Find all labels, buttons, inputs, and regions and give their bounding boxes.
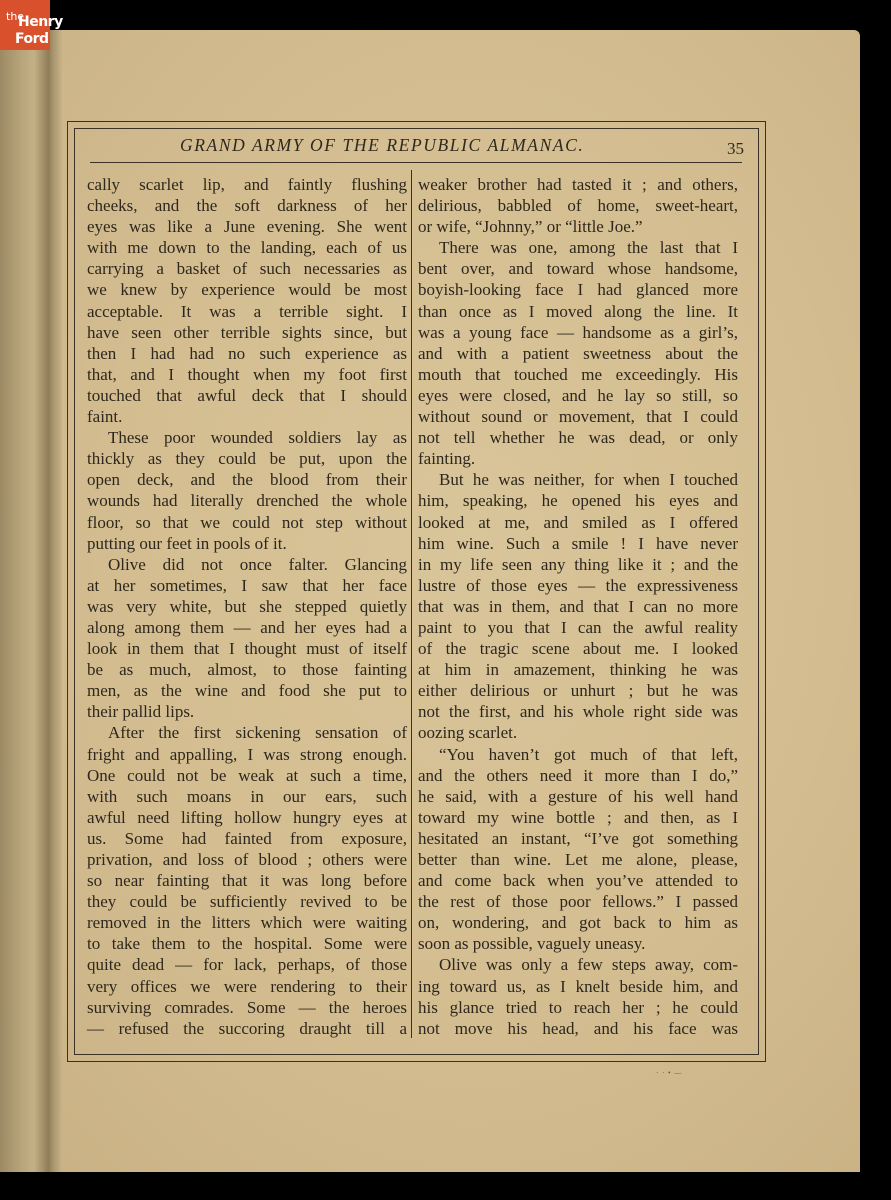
text-line: and with a patient sweetness about the — [418, 343, 738, 364]
text-line: wounds had literally drenched the whole — [87, 490, 407, 511]
text-line: — refused the succoring draught till a — [87, 1018, 407, 1039]
text-line: that, and I thought when my foot first — [87, 364, 407, 385]
text-line: not tell whether he was dead, or only — [418, 427, 738, 448]
text-line: floor, so that we could not step without — [87, 512, 407, 533]
text-line: open deck, and the blood from their — [87, 469, 407, 490]
text-line: along among them — and her eyes had a — [87, 617, 407, 638]
text-line: he said, with a gesture of his well hand — [418, 786, 738, 807]
text-line: ing toward us, as I knelt beside him, an… — [418, 976, 738, 997]
text-line: than once as I moved along the line. It — [418, 301, 738, 322]
text-line: oozing scarlet. — [418, 722, 738, 743]
text-line: eyes was like a June evening. She went — [87, 216, 407, 237]
header-rule — [90, 162, 742, 163]
text-line: thickly as they could be put, upon the — [87, 448, 407, 469]
logo-text-ford: Ford — [15, 32, 49, 46]
text-column-left: cally scarlet lip, and faintly flushingc… — [87, 174, 407, 1039]
text-line: and the others need it more than I do,” — [418, 765, 738, 786]
text-line: hesitated an instant, “I’ve got somethin… — [418, 828, 738, 849]
text-line: These poor wounded soldiers lay as — [87, 427, 407, 448]
text-line: better than wine. Let me alone, please, — [418, 849, 738, 870]
text-line: look in them that I thought must of itse… — [87, 638, 407, 659]
text-line: mouth that touched me exceedingly. His — [418, 364, 738, 385]
text-line: so near fainting that it was long before — [87, 870, 407, 891]
text-line: weaker brother had tasted it ; and other… — [418, 174, 738, 195]
text-line: “You haven’t got much of that left, — [418, 744, 738, 765]
text-line: putting our feet in pools of it. — [87, 533, 407, 554]
text-line: us. Some had fainted from exposure, — [87, 828, 407, 849]
text-line: fright and appalling, I was strong enoug… — [87, 744, 407, 765]
text-line: without sound or movement, that I could — [418, 406, 738, 427]
text-line: faint. — [87, 406, 407, 427]
text-line: But he was neither, for when I touched — [418, 469, 738, 490]
text-line: eyes were closed, and he lay so still, s… — [418, 385, 738, 406]
text-line: bent over, and toward whose handsome, — [418, 258, 738, 279]
printer-mark: · · • — — [656, 1069, 682, 1077]
text-line: with me down to the landing, each of us — [87, 237, 407, 258]
text-line: men, as the wine and food she put to — [87, 680, 407, 701]
text-line: not the first, and his whole right side … — [418, 701, 738, 722]
text-line: or wife, “Johnny,” or “little Joe.” — [418, 216, 738, 237]
text-line: very offices we were rendering to their — [87, 976, 407, 997]
text-line: soon as possible, vaguely uneasy. — [418, 933, 738, 954]
column-divider — [411, 170, 412, 1038]
text-line: him, speaking, he opened his eyes and — [418, 490, 738, 511]
text-line: cally scarlet lip, and faintly flushing — [87, 174, 407, 195]
text-line: they could be sufficiently revived to be — [87, 891, 407, 912]
text-line: quite dead — for lack, perhaps, of those — [87, 954, 407, 975]
text-line: be as much, almost, to those fainting — [87, 659, 407, 680]
text-line: at her sometimes, I saw that her face — [87, 575, 407, 596]
text-line: in my life seen any thing like it ; and … — [418, 554, 738, 575]
text-line: boyish-looking face I had glanced more — [418, 279, 738, 300]
text-line: either delirious or unhurt ; but he was — [418, 680, 738, 701]
text-line: at him in amazement, thinking he was — [418, 659, 738, 680]
text-line: toward my wine bottle ; and then, as I — [418, 807, 738, 828]
text-line: removed in the litters which were waitin… — [87, 912, 407, 933]
text-line: of the tragic scene about me. I looked — [418, 638, 738, 659]
text-line: Olive did not once falter. Glancing — [87, 554, 407, 575]
text-line: fainting. — [418, 448, 738, 469]
text-line: touched that awful deck that I should — [87, 385, 407, 406]
text-line: lustre of those eyes — the expressivenes… — [418, 575, 738, 596]
text-line: the rest of those poor fellows.” I passe… — [418, 891, 738, 912]
text-line: cheeks, and the soft darkness of her — [87, 195, 407, 216]
text-line: have seen other terrible sights since, b… — [87, 322, 407, 343]
text-line: delirious, babbled of home, sweet-heart, — [418, 195, 738, 216]
text-line: was a young face — handsome as a girl’s, — [418, 322, 738, 343]
text-line: awful need lifting hollow hungry eyes at — [87, 807, 407, 828]
running-head: GRAND ARMY OF THE REPUBLIC ALMANAC. 35 — [90, 133, 740, 159]
book-gutter — [0, 30, 62, 1172]
running-title: GRAND ARMY OF THE REPUBLIC ALMANAC. — [180, 135, 584, 156]
logo-text-henry: Henry — [18, 15, 63, 29]
text-line: Olive was only a few steps away, com- — [418, 954, 738, 975]
page-number: 35 — [727, 139, 744, 159]
henry-ford-logo: the Henry Ford — [0, 0, 50, 50]
text-line: carrying a basket of such necessaries as — [87, 258, 407, 279]
text-line: and come back when you’ve attended to — [418, 870, 738, 891]
text-line: was very white, but she stepped quietly — [87, 596, 407, 617]
text-line: looked at me, and smiled as I offered — [418, 512, 738, 533]
text-line: we knew by experience would be most — [87, 279, 407, 300]
text-line: then I had had no such experience as — [87, 343, 407, 364]
text-line: their pallid lips. — [87, 701, 407, 722]
text-line: that was in them, and that I can no more — [418, 596, 738, 617]
text-line: privation, and loss of blood ; others we… — [87, 849, 407, 870]
text-line: acceptable. It was a terrible sight. I — [87, 301, 407, 322]
text-line: on, wondering, and got back to him as — [418, 912, 738, 933]
text-line: After the first sickening sensation of — [87, 722, 407, 743]
text-line: not move his head, and his face was — [418, 1018, 738, 1039]
text-line: with such moans in our ears, such — [87, 786, 407, 807]
text-line: to take them to the hospital. Some were — [87, 933, 407, 954]
text-line: surviving comrades. Some — the heroes — [87, 997, 407, 1018]
text-line: his glance tried to reach her ; he could — [418, 997, 738, 1018]
text-line: paint to you that I can the awful realit… — [418, 617, 738, 638]
text-line: There was one, among the last that I — [418, 237, 738, 258]
text-line: One could not be weak at such a time, — [87, 765, 407, 786]
text-column-right: weaker brother had tasted it ; and other… — [418, 174, 738, 1039]
text-line: him wine. Such a smile ! I have never — [418, 533, 738, 554]
